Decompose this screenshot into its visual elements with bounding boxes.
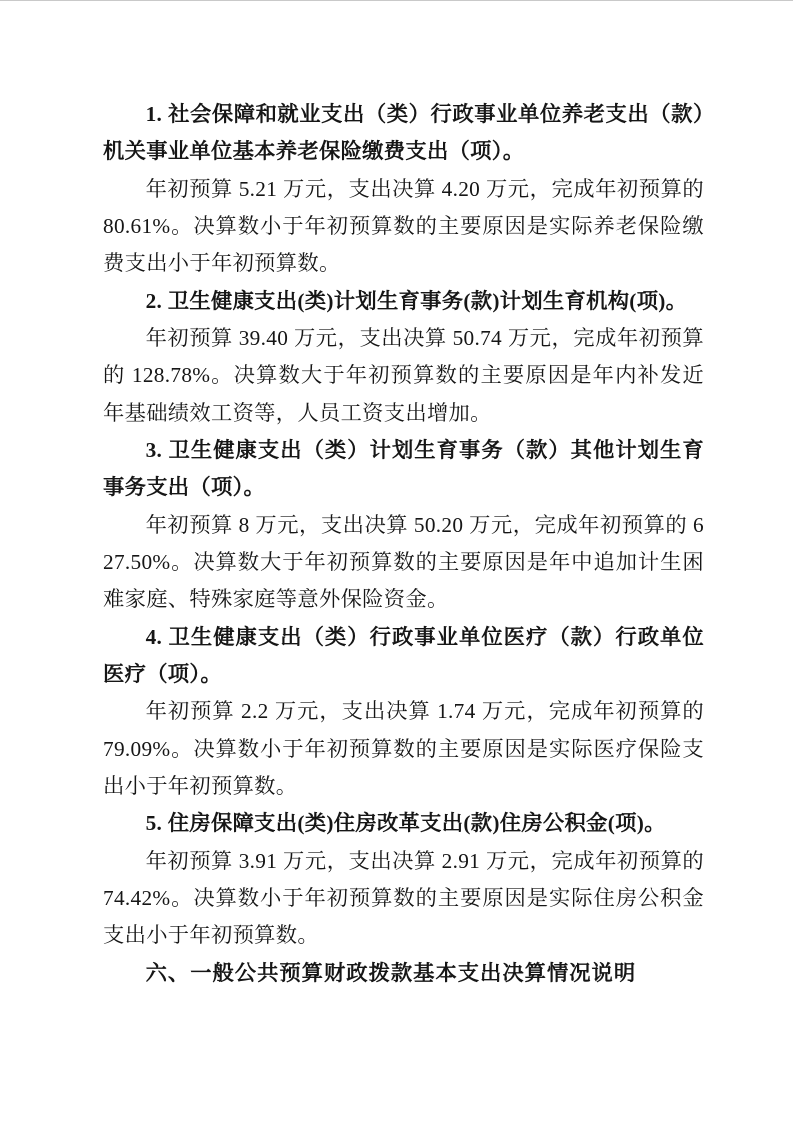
document-body: 1. 社会保障和就业支出（类）行政事业单位养老支出（款）机关事业单位基本养老保险… bbox=[103, 96, 704, 992]
paragraph-section-4: 年初预算 2.2 万元，支出决算 1.74 万元，完成年初预算的 79.09%。… bbox=[103, 693, 704, 805]
heading-section-5: 5. 住房保障支出(类)住房改革支出(款)住房公积金(项)。 bbox=[103, 805, 704, 842]
heading-section-six: 六、一般公共预算财政拨款基本支出决算情况说明 bbox=[103, 955, 704, 992]
paragraph-section-2: 年初预算 39.40 万元，支出决算 50.74 万元，完成年初预算的 128.… bbox=[103, 320, 704, 432]
paragraph-section-3: 年初预算 8 万元，支出决算 50.20 万元，完成年初预算的 627.50%。… bbox=[103, 507, 704, 619]
paragraph-section-1: 年初预算 5.21 万元，支出决算 4.20 万元，完成年初预算的 80.61%… bbox=[103, 171, 704, 283]
paragraph-section-5: 年初预算 3.91 万元，支出决算 2.91 万元，完成年初预算的 74.42%… bbox=[103, 843, 704, 955]
heading-section-1: 1. 社会保障和就业支出（类）行政事业单位养老支出（款）机关事业单位基本养老保险… bbox=[103, 96, 704, 171]
heading-section-4: 4. 卫生健康支出（类）行政事业单位医疗（款）行政单位医疗（项）。 bbox=[103, 619, 704, 694]
document-page: 1. 社会保障和就业支出（类）行政事业单位养老支出（款）机关事业单位基本养老保险… bbox=[0, 0, 793, 1122]
heading-section-2: 2. 卫生健康支出(类)计划生育事务(款)计划生育机构(项)。 bbox=[103, 283, 704, 320]
heading-section-3: 3. 卫生健康支出（类）计划生育事务（款）其他计划生育事务支出（项）。 bbox=[103, 432, 704, 507]
scan-edge-line bbox=[0, 0, 793, 1]
